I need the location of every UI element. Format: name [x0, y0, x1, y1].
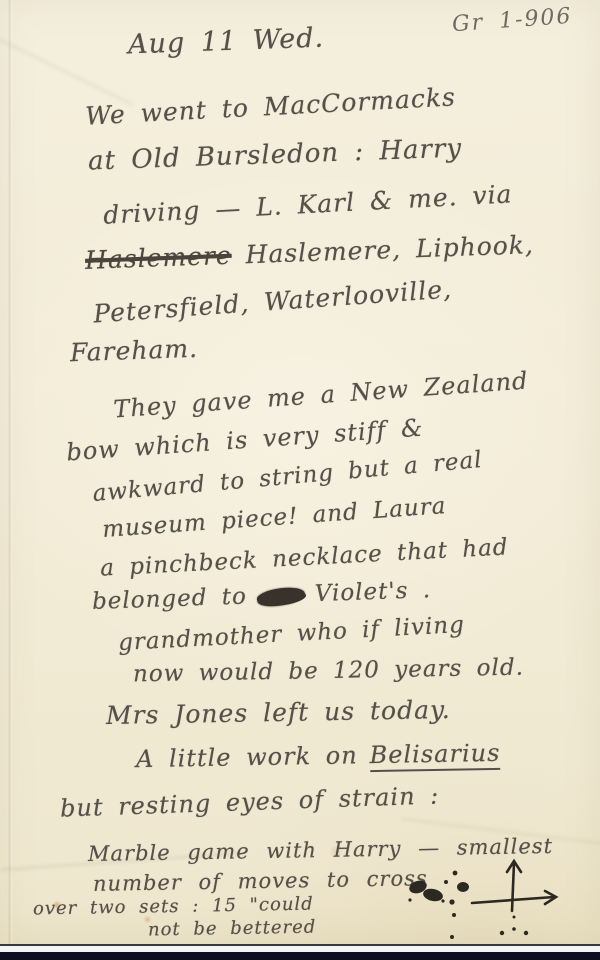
line-text: A little work on	[136, 741, 358, 773]
paper-fold-crease	[8, 0, 13, 944]
date-heading: Aug 11 Wed.	[128, 23, 325, 61]
handwriting-line: now would be 120 years old.	[133, 655, 524, 688]
handwriting-line: over two sets : 15 "could	[33, 894, 314, 920]
handwriting-line: at Old Bursledon : Harry	[88, 133, 463, 176]
scribbled-out-word	[256, 585, 306, 609]
handwriting-line: Fareham.	[70, 334, 199, 367]
handwriting-line: They gave me a New Zealand	[113, 367, 530, 424]
scan-background-band	[0, 952, 600, 960]
line-text: Violet's .	[314, 577, 431, 607]
line-text: belonged to	[92, 584, 248, 615]
handwriting-line: A little work onBelisarius	[136, 739, 501, 773]
line-text: Haslemere, Liphook,	[245, 230, 534, 269]
catalog-number: Gr 1-906	[451, 4, 573, 37]
handwriting-line: driving — L. Karl & me. via	[103, 179, 514, 229]
ink-blots	[408, 871, 529, 950]
handwriting-line: Mrs Jones left us today.	[106, 695, 451, 730]
handwriting-line: not be bettered	[148, 917, 317, 941]
handwriting-line: We went to MacCormacks	[84, 82, 456, 130]
handwriting-line: Petersfield, Waterlooville,	[92, 275, 452, 329]
underlined-word: Belisarius	[369, 739, 500, 772]
handwriting-line: HaslemereHaslemere, Liphook,	[85, 230, 535, 275]
struck-word: Haslemere	[85, 241, 233, 275]
handwriting-line: belonged toViolet's .	[92, 577, 432, 615]
handwriting-line: grandmother who if living	[118, 612, 466, 656]
handwriting-line: but resting eyes of strain :	[60, 781, 440, 822]
paper-crease	[0, 37, 133, 105]
cross-arrows	[472, 861, 556, 911]
manuscript-page: Gr 1-906 Aug 11 Wed. We went to MacCorma…	[0, 0, 600, 944]
handwriting-line: number of moves to cross	[93, 866, 428, 896]
handwriting-line: a pinchbeck necklace that had	[100, 534, 510, 581]
marble-game-cross-arrows-doodle	[402, 845, 587, 955]
